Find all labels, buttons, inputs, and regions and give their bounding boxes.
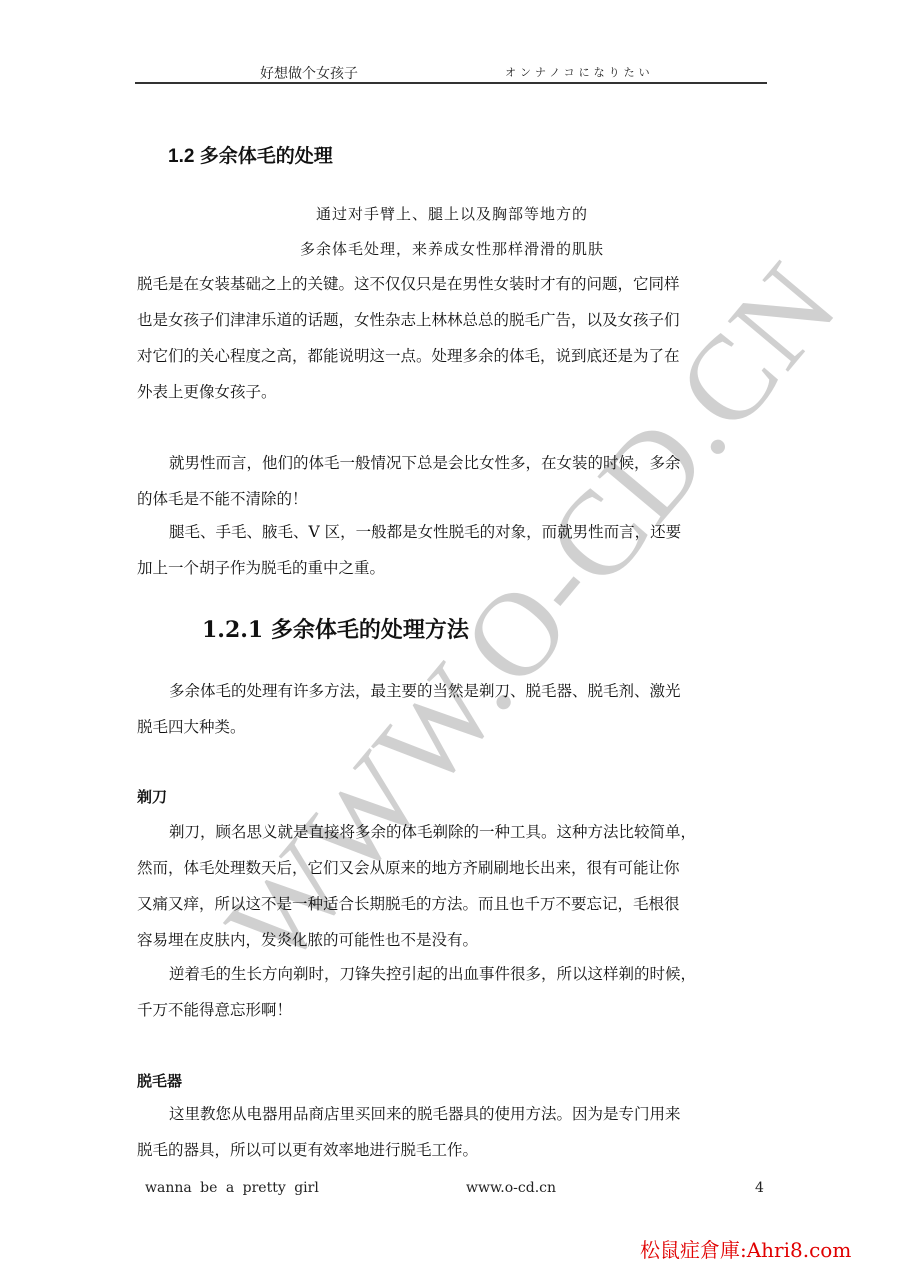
- paragraph-line: 这里教您从电器用品商店里买回来的脱毛器具的使用方法。因为是专门用来: [137, 1096, 767, 1132]
- subsection-title: 1.2.1 多余体毛的处理方法: [202, 613, 469, 644]
- paragraph-line: 对它们的关心程度之高，都能说明这一点。处理多余的体毛，说到底还是为了在: [137, 338, 767, 374]
- paragraph-intro: 脱毛是在女装基础之上的关键。这不仅仅只是在男性女装时才有的问题，它同样 也是女孩…: [137, 266, 767, 410]
- paragraph-line: 多余体毛的处理有许多方法，最主要的当然是剃刀、脱毛器、脱毛剂、激光: [137, 673, 767, 709]
- paragraph-line: 也是女孩子们津津乐道的话题，女性杂志上林林总总的脱毛广告，以及女孩子们: [137, 302, 767, 338]
- footer-url: www.o-cd.cn: [466, 1180, 556, 1196]
- header-title-japanese: オンナノコになりたい: [505, 64, 654, 80]
- header-divider: [135, 82, 767, 84]
- page-number: 4: [755, 1180, 764, 1196]
- paragraph-line: 千万不能得意忘形啊！: [137, 992, 767, 1028]
- page-header: 好想做个女孩子 オンナノコになりたい: [135, 60, 767, 84]
- paragraph-line: 的体毛是不能不清除的！: [137, 481, 767, 517]
- paragraph-line: 外表上更像女孩子。: [137, 374, 767, 410]
- paragraph-line: 又痛又痒，所以这不是一种适合长期脱毛的方法。而且也千万不要忘记，毛根很: [137, 886, 767, 922]
- section-title: 1.2 多余体毛的处理: [168, 141, 333, 168]
- paragraph-line: 剃刀，顾名思义就是直接将多余的体毛剃除的一种工具。这种方法比较简单，: [137, 814, 767, 850]
- subtitle-line-1: 通过对手臂上、腿上以及胸部等地方的: [137, 203, 767, 224]
- paragraph-razor-1: 剃刀，顾名思义就是直接将多余的体毛剃除的一种工具。这种方法比较简单， 然而，体毛…: [137, 814, 767, 958]
- document-page: WWW.O-CD.CN 好想做个女孩子 オンナノコになりたい 1.2 多余体毛的…: [0, 0, 900, 1273]
- paragraph-line: 脱毛是在女装基础之上的关键。这不仅仅只是在男性女装时才有的问题，它同样: [137, 266, 767, 302]
- paragraph-line: 脱毛的器具，所以可以更有效率地进行脱毛工作。: [137, 1132, 767, 1168]
- paragraph-line: 加上一个胡子作为脱毛的重中之重。: [137, 550, 767, 586]
- paragraph-target-areas: 腿毛、手毛、腋毛、V 区，一般都是女性脱毛的对象，而就男性而言，还要 加上一个胡…: [137, 514, 767, 586]
- paragraph-line: 腿毛、手毛、腋毛、V 区，一般都是女性脱毛的对象，而就男性而言，还要: [137, 514, 767, 550]
- paragraph-line: 逆着毛的生长方向剃时，刀锋失控引起的出血事件很多，所以这样剃的时候，: [137, 956, 767, 992]
- heading-epilator: 脱毛器: [137, 1070, 182, 1091]
- paragraph-razor-2: 逆着毛的生长方向剃时，刀锋失控引起的出血事件很多，所以这样剃的时候， 千万不能得…: [137, 956, 767, 1028]
- paragraph-line: 脱毛四大种类。: [137, 709, 767, 745]
- paragraph-methods: 多余体毛的处理有许多方法，最主要的当然是剃刀、脱毛器、脱毛剂、激光 脱毛四大种类…: [137, 673, 767, 745]
- heading-razor: 剃刀: [137, 786, 167, 807]
- paragraph-line: 容易埋在皮肤内，发炎化脓的可能性也不是没有。: [137, 922, 767, 958]
- subtitle-line-2: 多余体毛处理，来养成女性那样滑滑的肌肤: [137, 238, 767, 259]
- paragraph-line: 就男性而言，他们的体毛一般情况下总是会比女性多，在女装的时候，多余: [137, 445, 767, 481]
- paragraph-line: 然而，体毛处理数天后，它们又会从原来的地方齐刷刷地长出来，很有可能让你: [137, 850, 767, 886]
- site-watermark-text: 松鼠症倉庫:Ahri8.com: [640, 1234, 851, 1263]
- paragraph-epilator: 这里教您从电器用品商店里买回来的脱毛器具的使用方法。因为是专门用来 脱毛的器具，…: [137, 1096, 767, 1168]
- paragraph-male-body-hair: 就男性而言，他们的体毛一般情况下总是会比女性多，在女装的时候，多余 的体毛是不能…: [137, 445, 767, 517]
- header-title-chinese: 好想做个女孩子: [260, 63, 358, 83]
- footer-tagline: wanna be a pretty girl: [145, 1180, 319, 1196]
